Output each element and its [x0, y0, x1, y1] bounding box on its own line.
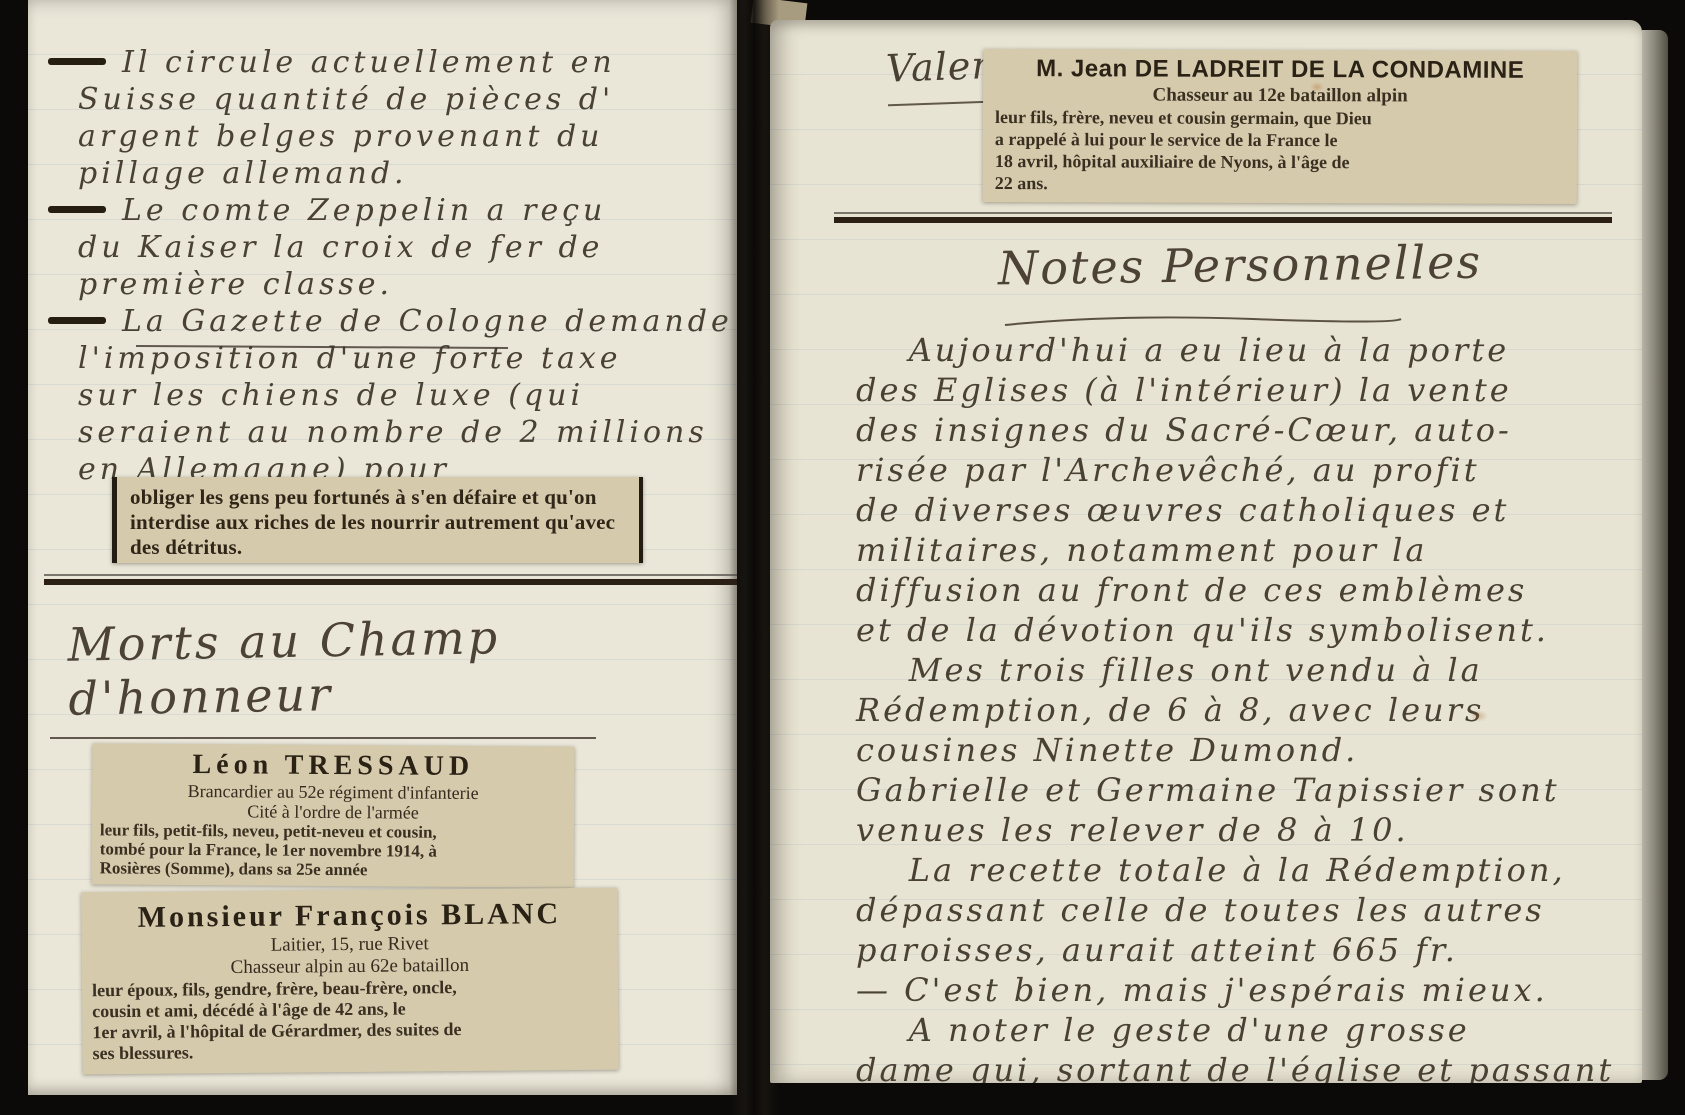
page-stack-edge [1642, 30, 1668, 1080]
text-line: venues les relever de 8 à 10. [856, 810, 1616, 850]
handwritten-news-notes: Il circule actuellement enSuisse quantit… [48, 44, 737, 488]
obituary-body: leur époux, fils, gendre, frère, beau-fr… [92, 976, 609, 1064]
text-line: — C'est bien, mais j'espérais mieux. [856, 970, 1616, 1010]
text-line: La recette totale à la Rédemption, [856, 850, 1616, 890]
right-page: Valence M. Jean DE LADREIT DE LA CONDAMI… [770, 20, 1642, 1083]
text-line: du Kaiser la croix de fer de [48, 229, 737, 266]
obituary-name: Monsieur François BLANC [91, 896, 607, 937]
text-line: 18 avril, hôpital auxiliaire de Nyons, à… [995, 150, 1565, 174]
obituary-clipping-blanc: Monsieur François BLANC Laitier, 15, rue… [81, 888, 619, 1075]
clipping-text: obliger les gens peu fortunés à s'en déf… [130, 485, 615, 559]
text-line: Aujourd'hui a eu lieu à la porte [856, 330, 1616, 370]
text-line: risée par l'Archevêché, au profit [856, 450, 1616, 490]
section-divider-rule [834, 212, 1612, 224]
left-page: Il circule actuellement enSuisse quantit… [28, 0, 737, 1095]
text-line: dépassant celle de toutes les autres [856, 890, 1616, 930]
section-divider-rule [44, 574, 737, 586]
heading-rule [50, 737, 596, 739]
paragraph-dash-mark [48, 206, 106, 213]
text-line: Rosières (Somme), dans sa 25e année [100, 858, 566, 880]
text-line: des Eglises (à l'intérieur) la vente [856, 370, 1616, 410]
text-line: cousines Ninette Dumond. [856, 730, 1616, 770]
obituary-name: M. Jean DE LADREIT DE LA CONDAMINE [995, 55, 1565, 85]
obituary-body: leur fils, frère, neveu et cousin germai… [995, 106, 1565, 196]
text-line: diffusion au front de ces emblèmes [856, 570, 1616, 610]
text-line: et de la dévotion qu'ils symbolisent. [856, 610, 1616, 650]
text-line: sur les chiens de luxe (qui [48, 377, 737, 414]
newspaper-clipping-dog-tax: obliger les gens peu fortunés à s'en déf… [112, 477, 643, 563]
heading-flourish-stroke [1003, 312, 1403, 328]
journal-spread: Il circule actuellement enSuisse quantit… [0, 0, 1685, 1115]
text-line: Gabrielle et Germaine Tapissier sont [856, 770, 1616, 810]
text-line: ses blessures. [93, 1039, 609, 1065]
obituary-clipping-tressaud: Léon TRESSAUD Brancardier au 52e régimen… [92, 743, 575, 887]
text-line: Rédemption, de 6 à 8, avec leurs [856, 690, 1616, 730]
text-line: Le comte Zeppelin a reçu [48, 192, 737, 229]
text-line: leur fils, frère, neveu et cousin germai… [995, 106, 1565, 130]
text-line: a rappelé à lui pour le service de la Fr… [995, 128, 1565, 152]
text-line: pillage allemand. [48, 155, 737, 192]
section-heading-morts: Morts au Champ d'honneur [67, 606, 729, 726]
text-line: A noter le geste d'une grosse [856, 1010, 1616, 1050]
obituary-rank: Chasseur au 12e bataillon alpin [995, 83, 1565, 108]
text-line: seraient au nombre de 2 millions [48, 414, 737, 451]
obituary-clipping-ladreit: M. Jean DE LADREIT DE LA CONDAMINE Chass… [983, 49, 1578, 204]
text-line: de diverses œuvres catholiques et [856, 490, 1616, 530]
text-line: première classe. [48, 266, 737, 303]
text-line: La Gazette de Cologne demande [48, 303, 737, 340]
text-line: des insignes du Sacré-Cœur, auto- [856, 410, 1616, 450]
obituary-name: Léon TRESSAUD [100, 748, 566, 783]
text-line: paroisses, aurait atteint 665 fr. [856, 930, 1616, 970]
text-line: Il circule actuellement en [48, 44, 737, 81]
text-line: argent belges provenant du [48, 118, 737, 155]
paragraph-dash-mark [48, 58, 106, 65]
text-line: militaires, notamment pour la [856, 530, 1616, 570]
text-line: Suisse quantité de pièces d' [48, 81, 737, 118]
obituary-body: leur fils, petit-fils, neveu, petit-neve… [100, 820, 566, 880]
text-line: dame qui, sortant de l'église et passant [856, 1050, 1616, 1083]
handwritten-journal-entry: Aujourd'hui a eu lieu à la portedes Egli… [856, 330, 1616, 1083]
text-line: Mes trois filles ont vendu à la [856, 650, 1616, 690]
text-line: 22 ans. [995, 172, 1565, 196]
paragraph-dash-mark [48, 317, 106, 324]
section-heading-notes-personnelles: Notes Personnelles [910, 233, 1571, 296]
